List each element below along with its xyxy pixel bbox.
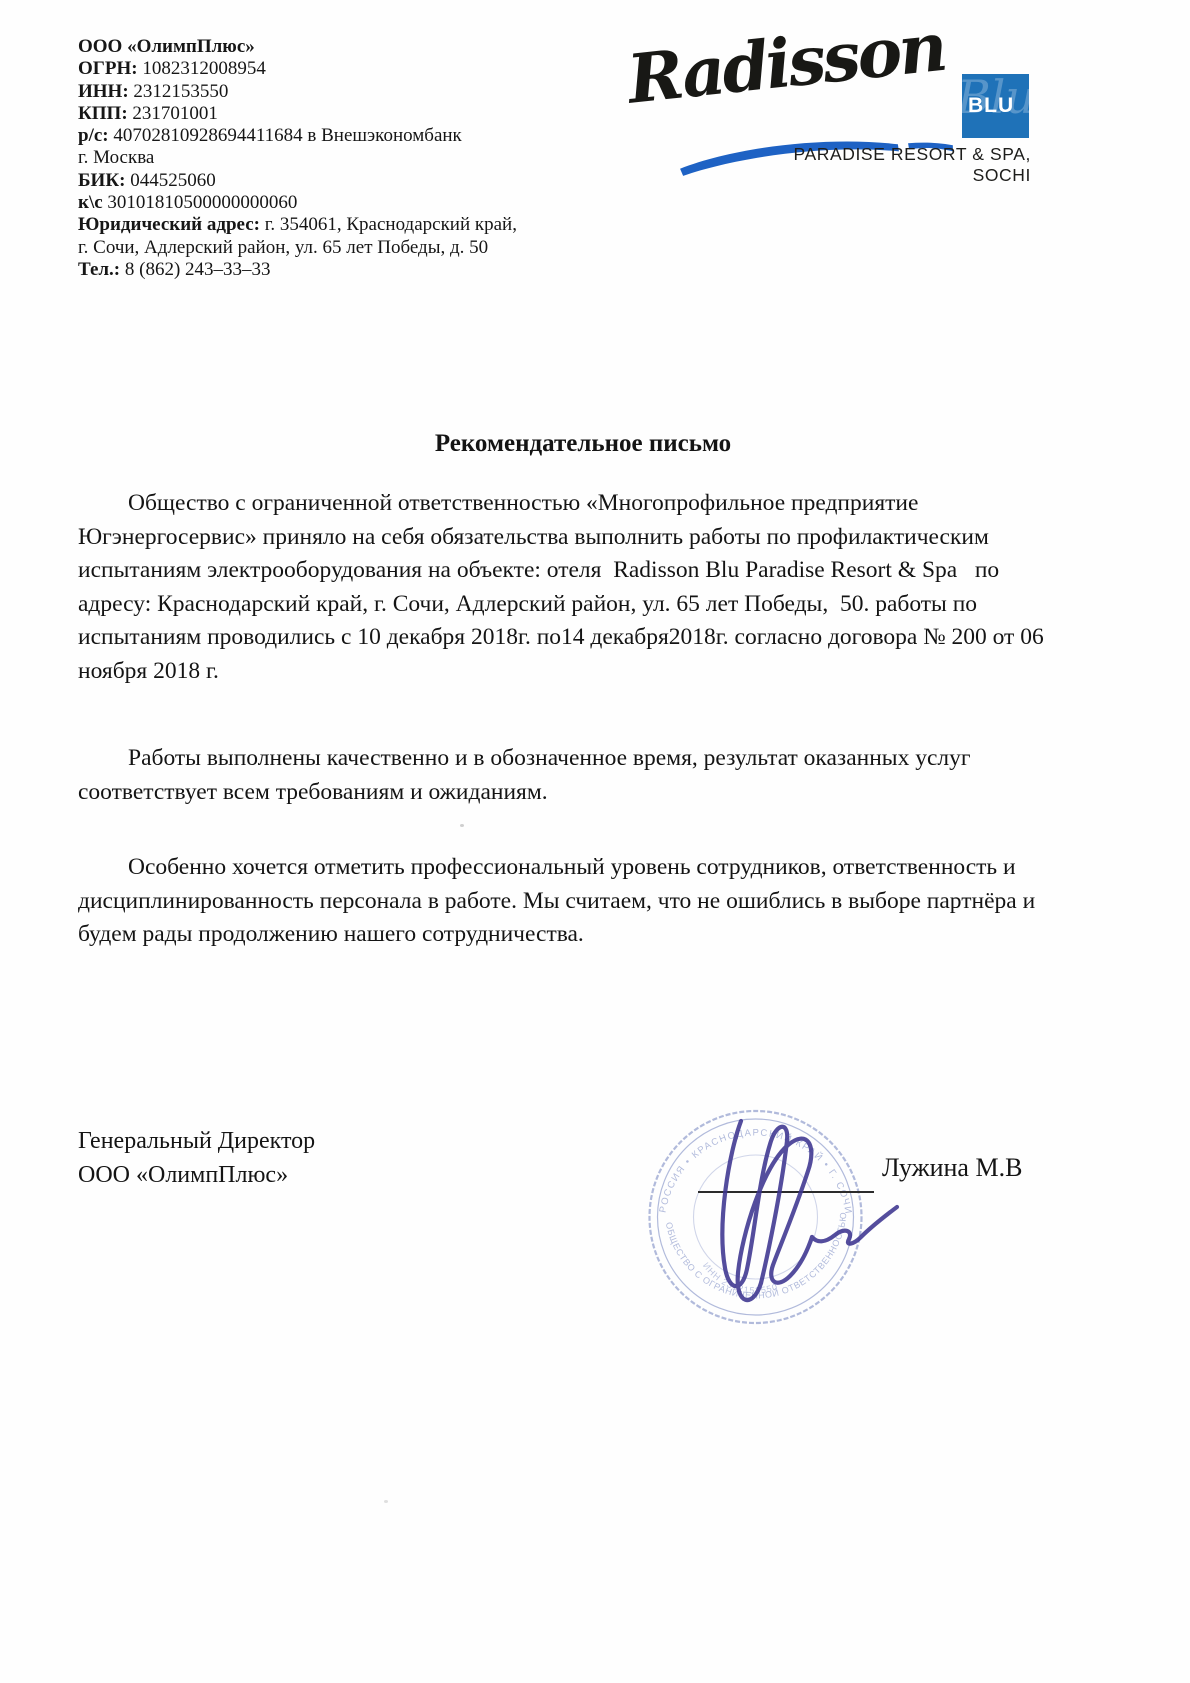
bik-value: 044525060 bbox=[125, 170, 215, 191]
inn-label: ИНН: bbox=[78, 81, 129, 102]
ogrn-line: ОГРН: 1082312008954 bbox=[78, 58, 548, 80]
account-label: р/с: bbox=[78, 125, 109, 146]
company-name-line: ООО «ОлимпПлюс» bbox=[78, 36, 548, 58]
legal-address-value-2: г. Сочи, Адлерский район, ул. 65 лет Поб… bbox=[78, 237, 488, 258]
kpp-value: 231701001 bbox=[128, 103, 218, 124]
handwritten-signature bbox=[645, 1083, 905, 1313]
inn-value: 2312153550 bbox=[129, 81, 229, 102]
scan-speck bbox=[384, 1500, 388, 1503]
tagline-resort: PARADISE RESORT & SPA, bbox=[793, 144, 1031, 165]
legal-address-value: г. 354061, Краснодарский край, bbox=[260, 214, 517, 235]
bik-line: БИК: 044525060 bbox=[78, 170, 548, 192]
phone-value: 8 (862) 243–33–33 bbox=[120, 259, 270, 280]
letter-document: ООО «ОлимпПлюс» ОГРН: 1082312008954 ИНН:… bbox=[0, 0, 1190, 1683]
company-name: ООО «ОлимпПлюс» bbox=[78, 36, 255, 57]
phone-label: Тел.: bbox=[78, 259, 120, 280]
radisson-wordmark: Radisson bbox=[624, 7, 948, 119]
paragraph-professionalism: Особенно хочется отметить профессиональн… bbox=[78, 851, 1078, 952]
signatory-position: Генеральный Директор bbox=[78, 1124, 315, 1158]
kpp-label: КПП: bbox=[78, 103, 128, 124]
corr-account-line: к\с 30101810500000000060 bbox=[78, 192, 548, 214]
account-line: р/с: 40702810928694411684 в Внешэкономба… bbox=[78, 125, 548, 147]
ogrn-value: 1082312008954 bbox=[138, 58, 266, 79]
bik-label: БИК: bbox=[78, 170, 125, 191]
inn-line: ИНН: 2312153550 bbox=[78, 81, 548, 103]
kpp-line: КПП: 231701001 bbox=[78, 103, 548, 125]
blu-badge: Blu BLU bbox=[962, 74, 1029, 138]
city-line: г. Москва bbox=[78, 147, 548, 169]
phone-line: Тел.: 8 (862) 243–33–33 bbox=[78, 259, 548, 281]
legal-address-line: Юридический адрес: г. 354061, Краснодарс… bbox=[78, 214, 548, 236]
ogrn-label: ОГРН: bbox=[78, 58, 138, 79]
letter-title: Рекомендательное письмо bbox=[78, 430, 1088, 458]
legal-address-label: Юридический адрес: bbox=[78, 214, 260, 235]
letterhead-requisites: ООО «ОлимпПлюс» ОГРН: 1082312008954 ИНН:… bbox=[78, 36, 548, 281]
logo-tagline: PARADISE RESORT & SPA, SOCHI bbox=[793, 144, 1031, 186]
tagline-city: SOCHI bbox=[793, 165, 1031, 186]
paragraph-obligations: Общество с ограниченной ответственностью… bbox=[78, 487, 1078, 688]
legal-address-line-2: г. Сочи, Адлерский район, ул. 65 лет Поб… bbox=[78, 237, 548, 259]
paragraph-quality: Работы выполнены качественно и в обознач… bbox=[78, 742, 1078, 809]
radisson-blu-logo: Radisson Blu BLU PARADISE RESORT & SPA, … bbox=[600, 48, 1045, 198]
corr-account-value: 30101810500000000060 bbox=[103, 192, 298, 213]
blu-badge-label: BLU bbox=[968, 94, 1014, 118]
corr-account-label: к\с bbox=[78, 192, 103, 213]
signatory-block: Генеральный Директор ООО «ОлимпПлюс» bbox=[78, 1124, 315, 1192]
account-value: 40702810928694411684 в Внешэкономбанк bbox=[109, 125, 462, 146]
scan-speck bbox=[460, 824, 464, 827]
signatory-company: ООО «ОлимпПлюс» bbox=[78, 1158, 315, 1192]
city-value: г. Москва bbox=[78, 147, 154, 168]
